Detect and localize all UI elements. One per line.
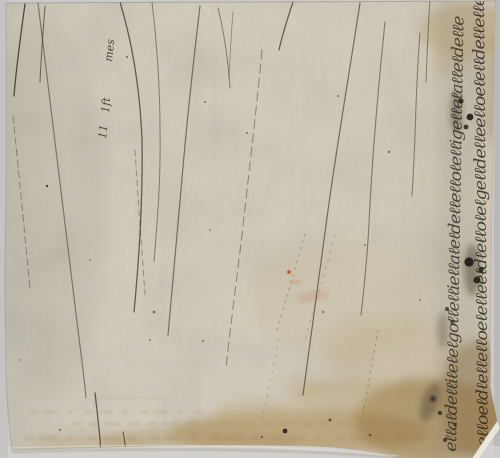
paper-sheet: ℓeeℓℓoeℓdℓeℓℓeℓℓoeℓeℓℓeeℓdℓeℓℓoℓeℓgeℓℓde…	[0, 0, 500, 458]
marginal-script-line-outer: ℓeeℓℓoeℓdℓeℓℓeℓℓoeℓeℓℓeeℓdℓeℓℓoℓeℓgeℓℓde…	[469, 0, 492, 458]
artifact-photo-svg: ℓeeℓℓoeℓdℓeℓℓeℓℓoeℓeℓℓeeℓdℓeℓℓoℓeℓgeℓℓde…	[0, 0, 500, 458]
inscription-token-11: 11	[96, 124, 110, 139]
inscription-token-1ft: 1ft	[99, 96, 113, 113]
red-chalk-speck	[202, 340, 205, 343]
artwork-photo: ℓeeℓℓoeℓdℓeℓℓeℓℓoeℓeℓℓeeℓdℓeℓℓoℓeℓgeℓℓde…	[0, 0, 500, 458]
teal-speck	[322, 311, 325, 314]
ink-blob-bottom	[283, 429, 288, 434]
inscription-token-mes: mes	[102, 38, 117, 62]
red-chalk-dot	[287, 270, 291, 274]
